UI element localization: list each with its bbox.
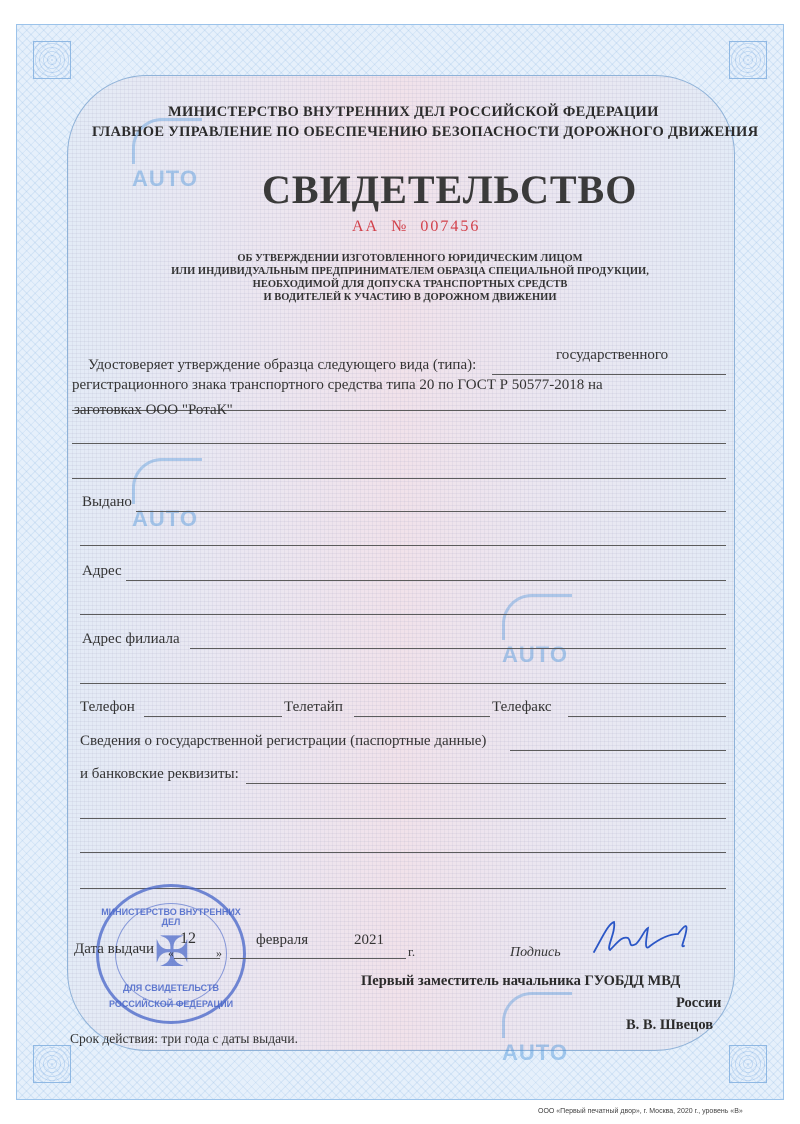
watermark-logo: AUTO bbox=[502, 594, 572, 668]
issue-date-label: Дата выдачи bbox=[74, 941, 154, 958]
certifies-label: Удостоверяет утверждение образца следующ… bbox=[88, 357, 476, 374]
issued-to-field bbox=[136, 511, 726, 512]
guilloche-corner bbox=[729, 1045, 767, 1083]
field-underline bbox=[72, 478, 726, 479]
branch-address-field bbox=[190, 648, 726, 649]
field-underline bbox=[80, 852, 726, 853]
watermark-logo: AUTO bbox=[502, 992, 572, 1066]
telefax-label: Телефакс bbox=[492, 699, 552, 716]
telefax-field bbox=[568, 716, 726, 717]
certifies-value: регистрационного знака транспортного сре… bbox=[72, 377, 603, 394]
day-field bbox=[174, 958, 220, 959]
signatory-country: России bbox=[676, 995, 721, 1012]
phone-field bbox=[144, 716, 282, 717]
car-icon bbox=[502, 992, 572, 1038]
certifies-value: государственного bbox=[556, 347, 668, 364]
issue-month: февраля bbox=[256, 932, 308, 949]
car-icon bbox=[132, 458, 202, 504]
address-field bbox=[126, 580, 726, 581]
guilloche-corner bbox=[33, 41, 71, 79]
directorate-heading: ГЛАВНОЕ УПРАВЛЕНИЕ ПО ОБЕСПЕЧЕНИЮ БЕЗОПА… bbox=[92, 124, 758, 141]
field-underline bbox=[80, 818, 726, 819]
guilloche-corner bbox=[33, 1045, 71, 1083]
document-subtitle: ОБ УТВЕРЖДЕНИИ ИЗГОТОВЛЕННОГО ЮРИДИЧЕСКИ… bbox=[150, 252, 670, 304]
bank-details-label: и банковские реквизиты: bbox=[80, 766, 239, 783]
address-label: Адрес bbox=[82, 563, 122, 580]
phone-label: Телефон bbox=[80, 699, 135, 716]
month-year-field bbox=[230, 958, 406, 959]
bank-details-field bbox=[246, 783, 726, 784]
registration-field bbox=[510, 750, 726, 751]
signature-label: Подпись bbox=[510, 945, 561, 961]
guilloche-corner bbox=[729, 41, 767, 79]
serial-number: АА № 007456 bbox=[352, 218, 480, 236]
certifies-value: заготовках ООО "РотаК" bbox=[74, 402, 233, 419]
field-underline bbox=[80, 614, 726, 615]
issue-year: 2021 bbox=[354, 932, 384, 949]
handwritten-signature bbox=[588, 918, 698, 958]
printer-imprint: ООО «Первый печатный двор», г. Москва, 2… bbox=[538, 1108, 743, 1115]
field-underline bbox=[80, 683, 726, 684]
issued-to-label: Выдано bbox=[82, 494, 132, 511]
teletype-field bbox=[354, 716, 490, 717]
field-underline bbox=[492, 374, 726, 375]
field-underline bbox=[80, 545, 726, 546]
issue-day: 12 bbox=[180, 930, 196, 948]
signatory-position: Первый заместитель начальника ГУОБДД МВД bbox=[361, 973, 680, 990]
car-icon bbox=[502, 594, 572, 640]
registration-label: Сведения о государственной регистрации (… bbox=[80, 733, 486, 750]
ministry-heading: МИНИСТЕРСТВО ВНУТРЕННИХ ДЕЛ РОССИЙСКОЙ Ф… bbox=[168, 104, 659, 121]
teletype-label: Телетайп bbox=[284, 699, 343, 716]
document-title: СВИДЕТЕЛЬСТВО bbox=[262, 166, 637, 213]
validity-period: Срок действия: три года с даты выдачи. bbox=[70, 1031, 298, 1047]
watermark-logo: AUTO bbox=[132, 458, 202, 532]
branch-address-label: Адрес филиала bbox=[82, 631, 180, 648]
field-underline bbox=[72, 443, 726, 444]
signatory-name: В. В. Швецов bbox=[626, 1017, 713, 1034]
